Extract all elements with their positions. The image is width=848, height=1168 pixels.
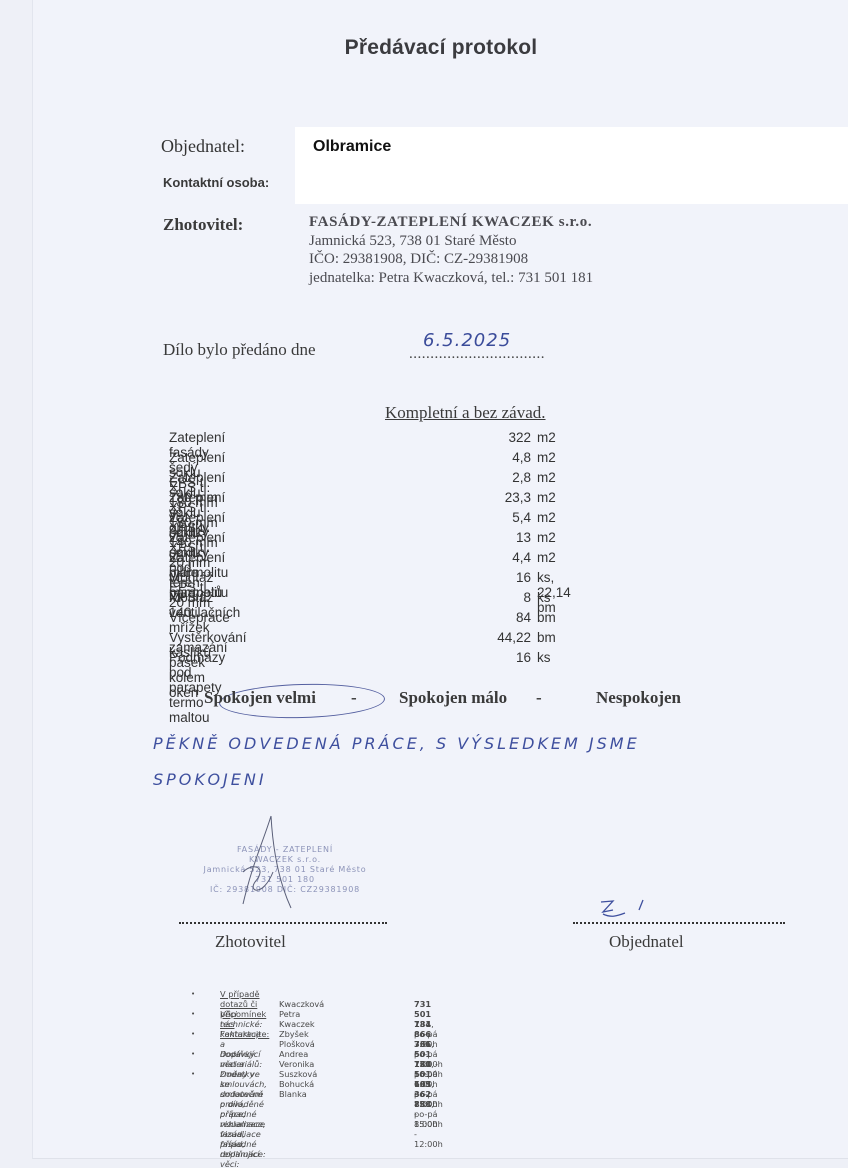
work-item-quantity: 322 <box>451 430 531 445</box>
contact-name: Kwaczek Zbyšek <box>279 1019 315 1039</box>
zhotovitel-label: Zhotovitel: <box>163 215 243 235</box>
client-caption: Objednatel <box>609 932 684 952</box>
objednatel-value: Olbramice <box>313 138 391 156</box>
work-item-unit: m2 <box>537 530 556 545</box>
contact-name: Bohucká Blanka <box>279 1079 314 1099</box>
work-item-unit: m2 <box>537 450 556 465</box>
contact-name: Kwaczková Petra <box>279 999 324 1019</box>
work-item-quantity: 2,8 <box>451 470 531 485</box>
work-item-unit: m2 <box>537 490 556 505</box>
rating-option-little-satisfied: Spokojen málo <box>399 688 507 708</box>
rating-separator: - <box>351 688 357 708</box>
objednatel-label: Objednatel: <box>161 136 245 157</box>
rating-separator: - <box>536 688 542 708</box>
work-item-quantity: 84 <box>451 610 531 625</box>
work-item-quantity: 5,4 <box>451 510 531 525</box>
work-item-unit: m2 <box>537 510 556 525</box>
bullet-icon: • <box>191 1050 195 1058</box>
kontakt-label: Kontaktní osoba: <box>163 175 269 190</box>
contact-heading: Věci technické: <box>220 1009 262 1029</box>
document-title: Předávací protokol <box>33 36 848 60</box>
client-signature <box>595 896 655 924</box>
work-item-unit: bm <box>537 610 556 625</box>
bullet-icon: • <box>191 990 195 998</box>
rating-option-dissatisfied: Nespokojen <box>596 688 681 708</box>
status-heading: Kompletní a bez závad. <box>385 403 546 423</box>
work-item-quantity: 4,8 <box>451 450 531 465</box>
contact-name: Veronika Suszková <box>279 1059 317 1079</box>
work-item-unit: ks <box>537 650 551 665</box>
company-name: FASÁDY-ZATEPLENÍ KWACZEK s.r.o. <box>309 213 593 232</box>
handover-label: Dílo bylo předáno dne <box>163 340 316 360</box>
work-item-quantity: 23,3 <box>451 490 531 505</box>
company-address: Jamnická 523, 738 01 Staré Město <box>309 232 593 251</box>
handwritten-comment-line-2: SPOKOJENI <box>153 770 267 789</box>
work-item-unit: m2 <box>537 430 556 445</box>
contact-heading: Dodatky ke smlouvám o dílo, případné rek… <box>220 1069 266 1168</box>
bullet-icon: • <box>191 1030 195 1038</box>
handwritten-comment-line-1: PĚKNĚ ODVEDENÁ PRÁCE, S VÝSLEDKEM JSME <box>153 734 640 753</box>
contractor-signature-line <box>179 922 387 924</box>
work-item-unit: ks <box>537 590 551 605</box>
company-director: jednatelka: Petra Kwaczková, tel.: 731 5… <box>309 269 593 288</box>
company-block: FASÁDY-ZATEPLENÍ KWACZEK s.r.o. Jamnická… <box>309 213 593 287</box>
work-item-quantity: 13 <box>451 530 531 545</box>
contact-name: Plošková Andrea <box>279 1039 315 1059</box>
work-item-quantity: 4,4 <box>451 550 531 565</box>
contact-phone: 603 362 888, po-pá 8:00h - 12:00h <box>414 1079 443 1149</box>
bullet-icon: • <box>191 1010 195 1018</box>
work-item-quantity: 44,22 <box>451 630 531 645</box>
rating-option-very-satisfied: Spokojen velmi <box>204 688 316 708</box>
work-item-quantity: 16 <box>451 570 531 585</box>
work-item-unit: m2 <box>537 470 556 485</box>
company-ids: IČO: 29381908, DIČ: CZ-29381908 <box>309 250 593 269</box>
work-item-quantity: 8 <box>451 590 531 605</box>
bullet-icon: • <box>191 1070 195 1078</box>
contractor-caption: Zhotovitel <box>215 932 286 952</box>
work-item-unit: m2 <box>537 550 556 565</box>
contractor-signature <box>213 812 303 912</box>
work-item-unit: bm <box>537 630 556 645</box>
handover-date-handwritten: 6.5.2025 <box>423 330 511 351</box>
document-page: Předávací protokol Objednatel: Olbramice… <box>32 0 848 1159</box>
work-item-quantity: 16 <box>451 650 531 665</box>
